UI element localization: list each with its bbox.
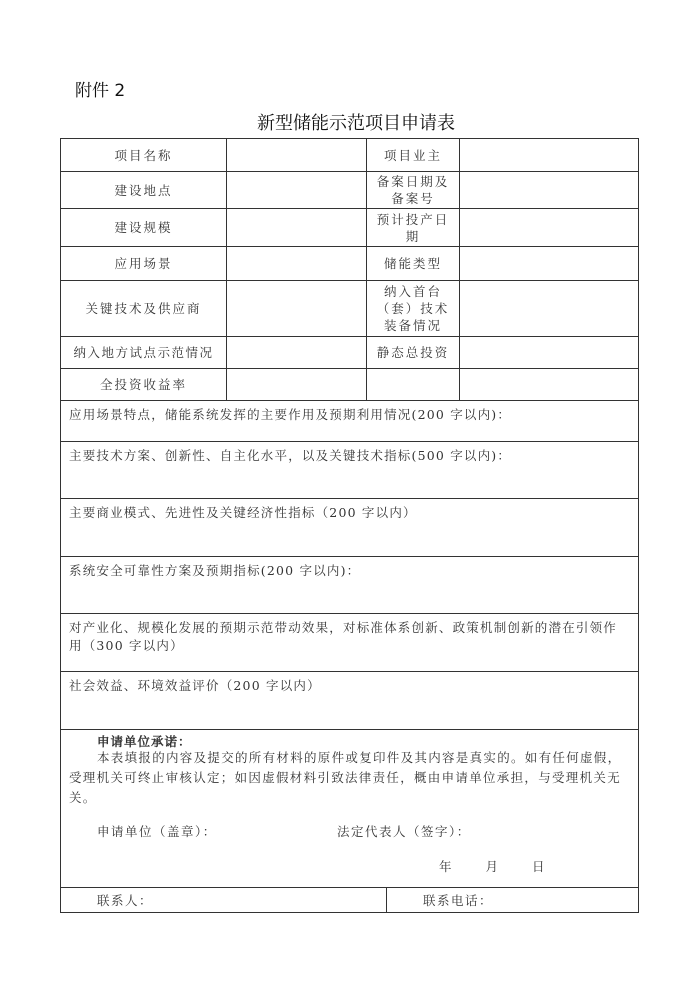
signature-date[interactable]: 年 月 日 (439, 857, 575, 875)
label-expected-operation-date: 预计投产日期 (367, 209, 460, 247)
applicant-seal-label[interactable]: 申请单位（盖章）： (97, 822, 217, 840)
commitment-section: 申请单位承诺： 本表填报的内容及提交的所有材料的原件或复印件及其内容是真实的。如… (61, 730, 638, 888)
label-first-set-equipment: 纳入首台（套）技术装备情况 (367, 281, 460, 337)
input-local-pilot-status[interactable] (227, 337, 367, 369)
legal-representative-label[interactable]: 法定代表人（签字）： (337, 822, 471, 840)
info-grid: 项目名称 项目业主 建设地点 备案日期及备案号 建设规模 预计投产日期 应用场景… (61, 139, 638, 401)
input-project-name[interactable] (227, 139, 367, 172)
label-local-pilot-status: 纳入地方试点示范情况 (61, 337, 227, 369)
input-storage-type[interactable] (460, 247, 638, 281)
label-filing-date-number: 备案日期及备案号 (367, 172, 460, 209)
form-title: 新型储能示范项目申请表 (0, 109, 700, 135)
attachment-label: 附件 2 (75, 76, 125, 101)
empty-label-cell (367, 369, 460, 401)
input-application-scenario[interactable] (227, 247, 367, 281)
input-expected-operation-date[interactable] (460, 209, 638, 247)
section-scenario-features[interactable]: 应用场景特点，储能系统发挥的主要作用及预期利用情况(200 字以内)： (61, 401, 638, 442)
date-day: 日 (532, 857, 545, 875)
empty-value-cell[interactable] (460, 369, 638, 401)
input-static-total-investment[interactable] (460, 337, 638, 369)
application-form-table: 项目名称 项目业主 建设地点 备案日期及备案号 建设规模 预计投产日期 应用场景… (60, 138, 639, 913)
label-storage-type: 储能类型 (367, 247, 460, 281)
input-project-owner[interactable] (460, 139, 638, 172)
contact-phone-field[interactable]: 联系电话： (387, 888, 638, 912)
date-month: 月 (486, 857, 499, 875)
label-construction-scale: 建设规模 (61, 209, 227, 247)
label-application-scenario: 应用场景 (61, 247, 227, 281)
input-key-tech-suppliers[interactable] (227, 281, 367, 337)
input-construction-site[interactable] (227, 172, 367, 209)
contact-person-field[interactable]: 联系人： (61, 888, 387, 912)
section-label: 应用场景特点，储能系统发挥的主要作用及预期利用情况(200 字以内)： (69, 407, 511, 422)
contact-row: 联系人： 联系电话： (61, 888, 638, 912)
input-total-investment-return[interactable] (227, 369, 367, 401)
section-safety-reliability[interactable]: 系统安全可靠性方案及预期指标(200 字以内)： (61, 557, 638, 614)
commitment-body: 本表填报的内容及提交的所有材料的原件或复印件及其内容是真实的。如有任何虚假，受理… (69, 748, 629, 808)
section-demonstration-effect[interactable]: 对产业化、规模化发展的预期示范带动效果，对标准体系创新、政策机制创新的潜在引领作… (61, 614, 638, 672)
label-construction-site: 建设地点 (61, 172, 227, 209)
input-construction-scale[interactable] (227, 209, 367, 247)
section-business-model[interactable]: 主要商业模式、先进性及关键经济性指标（200 字以内） (61, 499, 638, 557)
label-static-total-investment: 静态总投资 (367, 337, 460, 369)
label-total-investment-return: 全投资收益率 (61, 369, 227, 401)
section-label: 系统安全可靠性方案及预期指标(200 字以内)： (69, 563, 360, 578)
label-project-name: 项目名称 (61, 139, 227, 172)
section-label: 社会效益、环境效益评价（200 字以内） (69, 678, 321, 693)
section-label: 主要技术方案、创新性、自主化水平，以及关键技术指标(500 字以内)： (69, 448, 511, 463)
input-first-set-equipment[interactable] (460, 281, 638, 337)
input-filing-date-number[interactable] (460, 172, 638, 209)
section-social-environmental-benefits[interactable]: 社会效益、环境效益评价（200 字以内） (61, 672, 638, 730)
section-label: 对产业化、规模化发展的预期示范带动效果，对标准体系创新、政策机制创新的潜在引领作… (69, 620, 617, 653)
label-project-owner: 项目业主 (367, 139, 460, 172)
section-technical-plan[interactable]: 主要技术方案、创新性、自主化水平，以及关键技术指标(500 字以内)： (61, 442, 638, 499)
date-year: 年 (439, 857, 452, 875)
section-label: 主要商业模式、先进性及关键经济性指标（200 字以内） (69, 505, 417, 520)
label-key-tech-suppliers: 关键技术及供应商 (61, 281, 227, 337)
